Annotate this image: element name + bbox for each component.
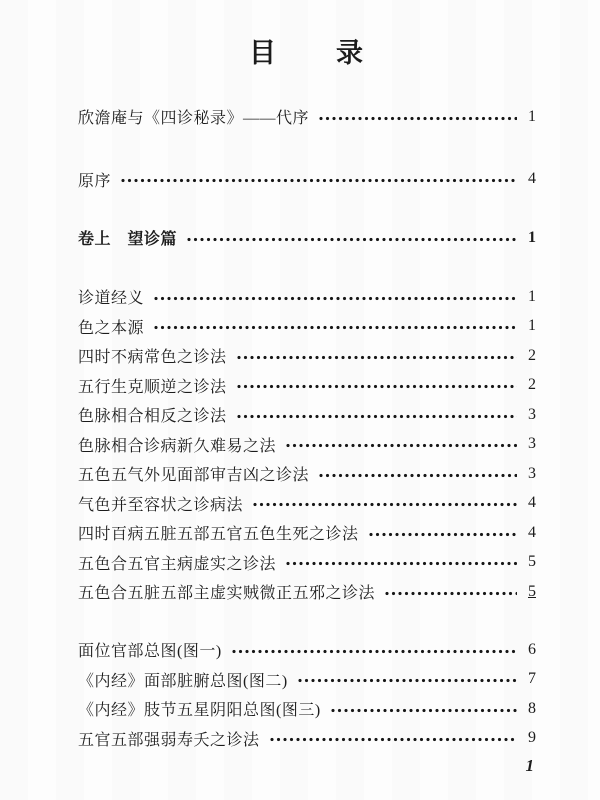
dot-leader [253, 502, 517, 507]
toc-page-number: 9 [522, 729, 536, 747]
toc-entry-label: 五色合五官主病虚实之诊法 [78, 551, 276, 574]
toc-entry: 色之本源 1 [78, 312, 536, 342]
toc-entry: 欣澹庵与《四诊秘录》——代序 1 [78, 102, 536, 132]
toc-entry-label: 《内经》肢节五星阴阳总图(图三) [78, 697, 321, 720]
toc-entry-label: 色之本源 [78, 315, 144, 338]
toc-page-number: 6 [522, 641, 536, 659]
toc-entry-label: 面位官部总图(图一) [78, 638, 222, 661]
dot-leader [319, 116, 517, 121]
dot-leader [319, 473, 517, 478]
dot-leader [237, 355, 517, 360]
toc-entry: 五色合五脏五部主虚实贼微正五邪之诊法 5 [78, 577, 536, 607]
dot-leader [154, 325, 517, 330]
toc-page-number: 3 [522, 406, 536, 424]
dot-leader [286, 561, 517, 566]
toc-entry: 四时不病常色之诊法 2 [78, 341, 536, 371]
toc-entry-label: 《内经》面部脏腑总图(图二) [78, 668, 288, 691]
dot-leader [369, 532, 517, 537]
toc-entry-label: 五官五部强弱寿夭之诊法 [78, 727, 260, 750]
toc-entry: 色脉相合诊病新久难易之法 3 [78, 430, 536, 460]
toc-entry: 四时百病五脏五部五官五色生死之诊法 4 [78, 518, 536, 548]
toc-page-number: 4 [522, 494, 536, 512]
toc-entry: 色脉相合相反之诊法 3 [78, 400, 536, 430]
toc-entry: 气色并至容状之诊病法 4 [78, 489, 536, 519]
toc-entry: 五行生克顺逆之诊法 2 [78, 371, 536, 401]
toc-page-number: 3 [522, 465, 536, 483]
toc-page-number: 1 [522, 108, 536, 126]
toc-page-number: 1 [522, 317, 536, 335]
toc-page-number: 3 [522, 435, 536, 453]
toc-entry-label: 原序 [78, 168, 111, 191]
dot-leader [286, 443, 517, 448]
toc-entry-label: 五色五气外见面部审吉凶之诊法 [78, 462, 309, 485]
page-title: 目 录 [78, 36, 536, 70]
toc-page-number: 1 [522, 229, 536, 247]
toc-page-number: 1 [522, 288, 536, 306]
toc-entry-label: 五色合五脏五部主虚实贼微正五邪之诊法 [78, 580, 375, 603]
toc-entry: 五色五气外见面部审吉凶之诊法 3 [78, 459, 536, 489]
toc-entry: 《内经》面部脏腑总图(图二) 7 [78, 665, 536, 695]
part-heading-label: 卷上 望诊篇 [78, 226, 177, 249]
preface-entries: 欣澹庵与《四诊秘录》——代序 1 原序 4 [78, 102, 536, 194]
toc-entry: 《内经》肢节五星阴阳总图(图三) 8 [78, 694, 536, 724]
toc-entry-label: 诊道经义 [78, 285, 144, 308]
dot-leader [187, 237, 517, 242]
toc-page-number: 5 [522, 583, 536, 601]
chapter-entries: 诊道经义 1 色之本源 1 四时不病常色之诊法 2 五行生克顺逆之诊法 2 色脉… [78, 282, 536, 607]
toc-page-number: 8 [522, 700, 536, 718]
dot-leader [298, 678, 517, 683]
dot-leader [331, 708, 517, 713]
toc-entry: 五官五部强弱寿夭之诊法 9 [78, 724, 536, 754]
dot-leader [232, 649, 517, 654]
toc-page-number: 2 [522, 376, 536, 394]
toc-entry-label: 色脉相合诊病新久难易之法 [78, 433, 276, 456]
toc-entry-label: 五行生克顺逆之诊法 [78, 374, 227, 397]
toc-entry: 原序 4 [78, 165, 536, 195]
dot-leader [154, 296, 517, 301]
toc-entry: 五色合五官主病虚实之诊法 5 [78, 548, 536, 578]
toc-content: 目 录 欣澹庵与《四诊秘录》——代序 1 原序 4 卷上 望诊篇 1 诊道经义 … [78, 0, 536, 753]
dot-leader [121, 178, 517, 183]
figure-entries: 面位官部总图(图一) 6 《内经》面部脏腑总图(图二) 7 《内经》肢节五星阴阳… [78, 635, 536, 753]
toc-page-number: 4 [522, 170, 536, 188]
toc-entry-label: 欣澹庵与《四诊秘录》——代序 [78, 105, 309, 128]
dot-leader [237, 384, 517, 389]
toc-entry-label: 气色并至容状之诊病法 [78, 492, 243, 515]
folio-page-number: 1 [526, 756, 535, 776]
dot-leader [237, 414, 517, 419]
toc-page-number: 7 [522, 670, 536, 688]
toc-entry: 诊道经义 1 [78, 282, 536, 312]
toc-entry-label: 色脉相合相反之诊法 [78, 403, 227, 426]
dot-leader [270, 737, 517, 742]
toc-page-number: 5 [522, 553, 536, 571]
part-heading: 卷上 望诊篇 1 [78, 223, 536, 253]
scanned-book-page: 目 录 欣澹庵与《四诊秘录》——代序 1 原序 4 卷上 望诊篇 1 诊道经义 … [0, 0, 600, 800]
toc-entry-label: 四时百病五脏五部五官五色生死之诊法 [78, 521, 359, 544]
toc-page-number: 2 [522, 347, 536, 365]
toc-entry: 面位官部总图(图一) 6 [78, 635, 536, 665]
toc-entry-label: 四时不病常色之诊法 [78, 344, 227, 367]
toc-page-number: 4 [522, 524, 536, 542]
dot-leader [385, 591, 517, 596]
